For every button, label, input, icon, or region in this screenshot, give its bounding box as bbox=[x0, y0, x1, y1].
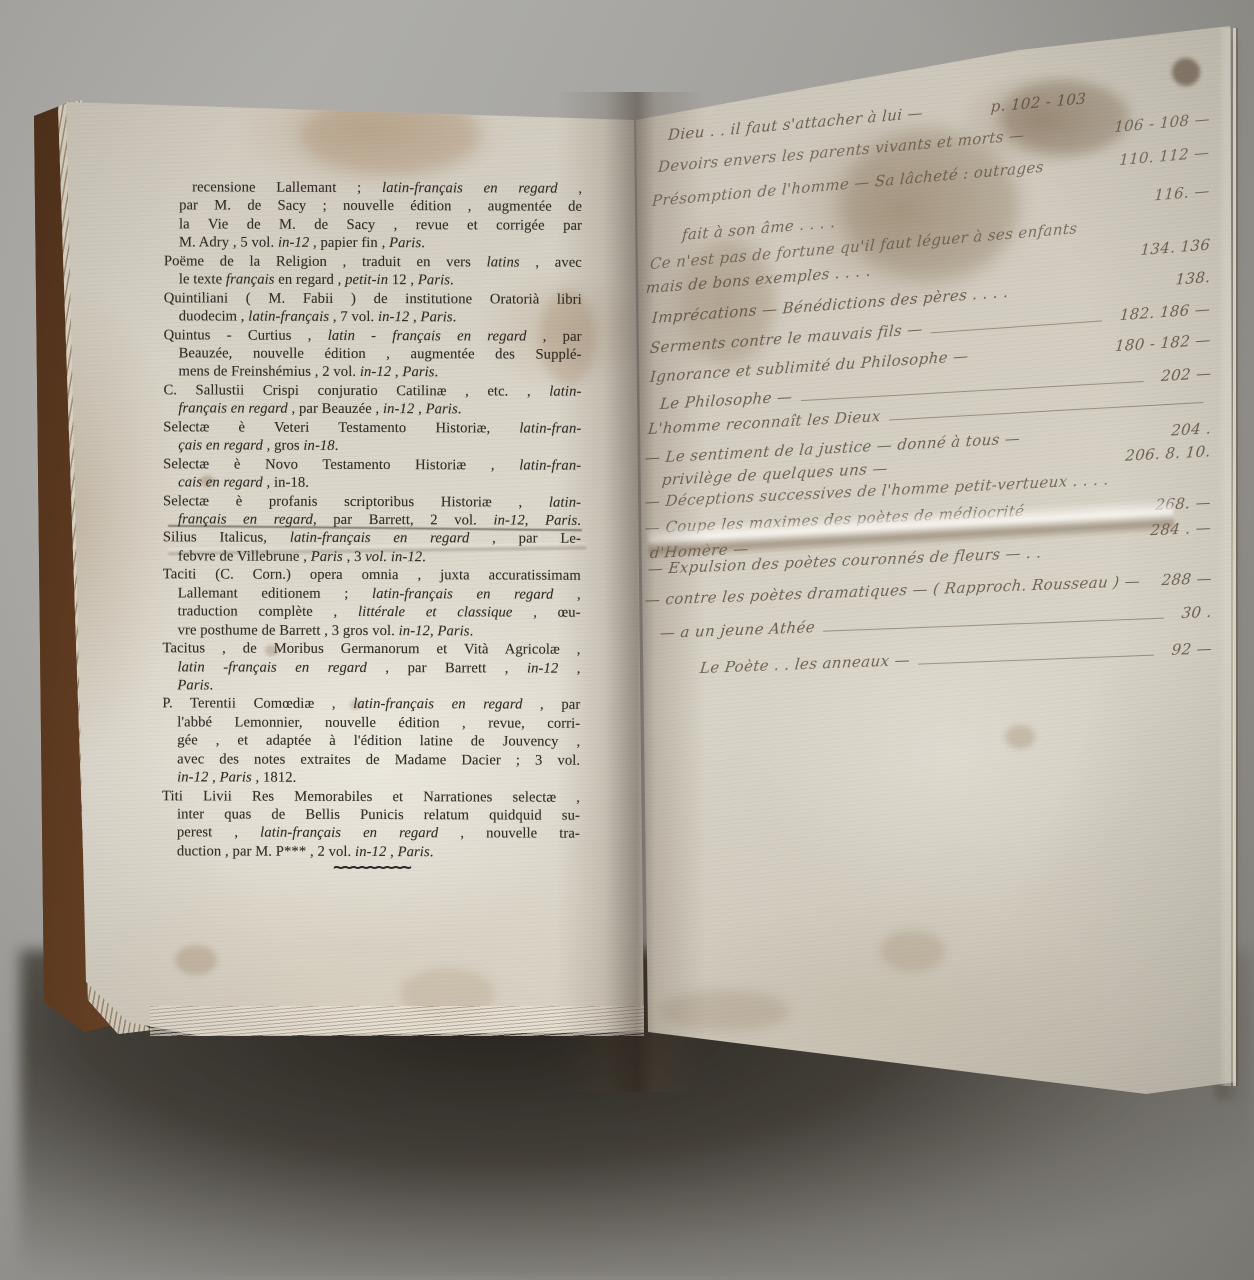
print-line: perest , latin-français en regard , nouv… bbox=[162, 824, 580, 844]
print-line: inter quas de Bellis Punicis relatum qui… bbox=[162, 805, 580, 825]
stain-spot bbox=[300, 95, 480, 175]
print-segment: , par Beauzée , bbox=[288, 401, 383, 417]
print-segment-italic: latin-français en regard bbox=[260, 825, 438, 842]
print-line: cais en regard , in-18. bbox=[163, 473, 581, 493]
print-line: Selectæ è Novo Testamento Historiæ , lat… bbox=[163, 455, 581, 475]
print-segment: . bbox=[453, 309, 457, 325]
print-line: Taciti (C. Corn.) opera omnia , juxta ac… bbox=[163, 566, 581, 586]
print-segment-italic: latin-français en regard bbox=[290, 530, 470, 547]
stain-spot bbox=[1005, 725, 1035, 749]
print-segment-italic: vol. in-12 bbox=[365, 549, 422, 565]
print-line: gée , et adaptée à l'édition latine de J… bbox=[162, 732, 580, 752]
print-segment: , gros bbox=[263, 438, 304, 454]
print-segment-italic: Paris bbox=[437, 623, 469, 639]
print-segment-italic: in-12 bbox=[383, 401, 414, 417]
print-segment-italic: in-18 bbox=[303, 438, 334, 454]
print-segment-italic: Paris bbox=[177, 677, 209, 693]
print-line: Poëme de la Religion , traduit en vers l… bbox=[164, 252, 582, 272]
print-segment: 12 , bbox=[388, 272, 418, 288]
print-line: P. Terentii Comœdiæ , latin-français en … bbox=[162, 695, 580, 715]
print-line: Quintiliani ( M. Fabii ) de institutione… bbox=[164, 289, 582, 309]
print-segment: C. Sallustii Crispi conjuratio Catilinæ … bbox=[163, 382, 549, 399]
print-segment: , 7 vol. bbox=[329, 309, 378, 325]
print-segment: . bbox=[210, 677, 214, 693]
print-segment: Beauzée, nouvelle édition , augmentée de… bbox=[179, 345, 582, 362]
print-segment: vre posthume de Barrett , 3 gros vol. bbox=[178, 622, 399, 639]
photo-scene: recensione Lallemant ; latin-français en… bbox=[0, 0, 1254, 1280]
print-segment-italic: latins bbox=[487, 254, 520, 270]
print-segment-italic: latin-français bbox=[248, 309, 329, 325]
print-segment: Selectæ è profanis scriptoribus Historiæ… bbox=[163, 493, 549, 510]
page-ref: p. 102 - 103 bbox=[981, 89, 1087, 116]
print-line: Titi Livii Res Memorabiles et Narratione… bbox=[162, 787, 580, 807]
handwritten-line: — a un jeune Athée30 . bbox=[660, 603, 1212, 642]
print-line: C. Sallustii Crispi conjuratio Catilinæ … bbox=[163, 381, 581, 401]
print-segment: , par Barrett , bbox=[367, 659, 527, 676]
print-segment: Quintiliani ( M. Fabii ) de institutione… bbox=[164, 290, 582, 307]
print-segment: inter quas de Bellis Punicis relatum qui… bbox=[177, 806, 580, 823]
print-segment: Quintus - Curtius , bbox=[164, 327, 328, 344]
print-segment: par M. de Sacy ; nouvelle édition , augm… bbox=[179, 198, 582, 215]
print-segment-italic: in-12 bbox=[360, 364, 391, 380]
print-segment: , papier fin , bbox=[309, 235, 389, 251]
print-segment: , bbox=[391, 364, 402, 380]
print-line: par M. de Sacy ; nouvelle édition , augm… bbox=[164, 197, 582, 217]
gutter-shadow bbox=[556, 92, 706, 1092]
printed-text-block: recensione Lallemant ; latin-français en… bbox=[162, 178, 582, 862]
print-segment-italic: in-12 bbox=[378, 309, 409, 325]
print-line: Tacitus , de Moribus Germanorum et Vità … bbox=[163, 639, 581, 659]
print-segment: . bbox=[458, 402, 462, 418]
print-segment-italic: çais en regard bbox=[178, 438, 263, 454]
print-segment: duodecim , bbox=[179, 308, 249, 324]
handwritten-rule-line bbox=[889, 402, 1204, 421]
print-segment: en regard , bbox=[275, 272, 346, 288]
handwritten-rule-line bbox=[931, 320, 1103, 333]
right-page-edge-stack bbox=[1196, 28, 1238, 1086]
page-ref: 106 - 108 — bbox=[1104, 110, 1211, 137]
print-line: Selectæ è profanis scriptoribus Historiæ… bbox=[163, 492, 581, 512]
print-segment-italic: Paris bbox=[421, 309, 453, 325]
print-segment: Selectæ è Novo Testamento Historiæ , bbox=[163, 456, 519, 473]
print-segment: Selectæ è Veteri Testamento Historiæ, bbox=[163, 419, 519, 436]
print-segment: perest , bbox=[177, 825, 260, 841]
print-segment-italic: Paris bbox=[220, 770, 252, 786]
print-segment: , in-18. bbox=[263, 475, 309, 491]
print-segment: le texte bbox=[179, 272, 226, 288]
print-segment-italic: petit-in bbox=[345, 272, 388, 288]
print-segment-italic: français en regard bbox=[178, 401, 287, 417]
print-segment-italic: in-12 bbox=[177, 769, 208, 785]
handwritten-line: — contre les poètes dramatiques — ( Rapp… bbox=[645, 569, 1212, 609]
print-segment-italic: in-12 bbox=[493, 512, 524, 528]
print-segment: , 1812. bbox=[252, 770, 297, 786]
print-line: traduction complète , littérale et class… bbox=[163, 602, 581, 622]
print-line: duodecim , latin-français , 7 vol. in-12… bbox=[164, 307, 582, 327]
print-segment: la Vie de M. de Sacy , revue et corrigée… bbox=[179, 216, 582, 233]
handwritten-text: Le Poète . . les anneaux — bbox=[699, 651, 911, 677]
print-segment: . bbox=[335, 438, 339, 454]
handwritten-line: Le Poète . . les anneaux —92 — bbox=[700, 639, 1212, 677]
print-line: mens de Freinshémius , 2 vol. in-12 , Pa… bbox=[163, 363, 581, 383]
print-segment: l'abbé Lemonnier, nouvelle édition , rev… bbox=[177, 714, 580, 731]
print-line: le texte français en regard , petit-in 1… bbox=[164, 270, 582, 290]
print-line: français en regard , par Beauzée , in-12… bbox=[163, 400, 581, 420]
print-segment-italic: in-12 bbox=[278, 235, 309, 251]
print-segment: . bbox=[450, 272, 454, 288]
print-line: latin -français en regard , par Barrett … bbox=[162, 658, 580, 678]
print-segment: mens de Freinshémius , 2 vol. bbox=[178, 364, 359, 381]
print-segment-italic: latin-français en regard bbox=[382, 180, 558, 197]
print-segment-italic: français en regard bbox=[178, 511, 313, 527]
print-segment: Lallemant editionem ; bbox=[178, 585, 372, 602]
print-line: la Vie de M. de Sacy , revue et corrigée… bbox=[164, 215, 582, 235]
print-segment: , bbox=[409, 309, 420, 325]
print-segment-italic: littérale et classique bbox=[358, 604, 513, 621]
print-segment: traduction complète , bbox=[178, 604, 358, 621]
print-line: in-12 , Paris , 1812. bbox=[162, 768, 580, 788]
print-segment: Titi Livii Res Memorabiles et Narratione… bbox=[162, 788, 580, 805]
print-segment-italic: latin-français en regard bbox=[372, 586, 553, 603]
print-segment-italic: Paris bbox=[402, 365, 434, 381]
print-segment: , par Barrett, 2 vol. bbox=[313, 512, 494, 529]
print-line: avec des notes extraites de Madame Dacie… bbox=[162, 750, 580, 770]
print-segment: , bbox=[430, 623, 438, 639]
handwritten-rule-line bbox=[823, 618, 1163, 632]
print-segment-italic: Paris bbox=[311, 549, 343, 565]
print-line: Quintus - Curtius , latin - français en … bbox=[164, 326, 582, 346]
print-line: Lallemant editionem ; latin-français en … bbox=[163, 584, 581, 604]
print-segment-italic: cais en regard bbox=[178, 474, 263, 490]
print-line: Silius Italicus, latin-français en regar… bbox=[163, 529, 581, 549]
print-segment: . bbox=[421, 235, 425, 251]
print-line: vre posthume de Barrett , 3 gros vol. in… bbox=[163, 621, 581, 641]
print-line: recensione Lallemant ; latin-français en… bbox=[164, 178, 582, 198]
stain-spot bbox=[880, 930, 945, 972]
print-line: Beauzée, nouvelle édition , augmentée de… bbox=[164, 344, 582, 364]
handwritten-rule-line bbox=[918, 655, 1153, 665]
print-segment-italic: Paris bbox=[418, 272, 450, 288]
print-segment: , bbox=[208, 770, 219, 786]
print-line: çais en regard , gros in-18. bbox=[163, 436, 581, 456]
print-segment-italic: Paris bbox=[426, 401, 458, 417]
print-segment: Silius Italicus, bbox=[163, 530, 290, 546]
print-segment: P. Terentii Comœdiæ , bbox=[162, 696, 353, 713]
print-segment-italic: latin -français en regard bbox=[177, 659, 367, 676]
print-segment-italic: latin-français en regard bbox=[353, 696, 522, 713]
print-segment: . bbox=[470, 623, 474, 639]
print-segment-italic: Paris bbox=[389, 235, 421, 251]
print-segment: , bbox=[414, 401, 425, 417]
stain-spot bbox=[175, 945, 217, 975]
print-segment: gée , et adaptée à l'édition latine de J… bbox=[177, 733, 580, 750]
handwritten-text: — contre les poètes dramatiques — ( Rapp… bbox=[644, 572, 1141, 609]
print-segment: M. Adry , 5 vol. bbox=[179, 235, 278, 251]
print-line: M. Adry , 5 vol. in-12 , papier fin , Pa… bbox=[164, 234, 582, 254]
squiggle-ornament: ~~~~~~~~~ bbox=[163, 856, 579, 878]
print-segment: Poëme de la Religion , traduit en vers bbox=[164, 253, 487, 270]
print-segment: , 3 bbox=[343, 549, 365, 565]
print-segment: avec des notes extraites de Madame Dacie… bbox=[177, 751, 580, 768]
print-line: Selectæ è Veteri Testamento Historiæ, la… bbox=[163, 418, 581, 438]
print-line: l'abbé Lemonnier, nouvelle édition , rev… bbox=[162, 713, 580, 733]
print-segment-italic: français bbox=[226, 272, 275, 288]
print-line: febvre de Villebrune , Paris , 3 vol. in… bbox=[163, 547, 581, 567]
print-line: français en regard, par Barrett, 2 vol. … bbox=[163, 510, 581, 530]
print-segment-italic: in-12 bbox=[399, 623, 430, 639]
print-segment: Tacitus , de Moribus Germanorum et Vità … bbox=[163, 640, 581, 657]
print-segment: , bbox=[525, 513, 545, 529]
print-segment-italic: latin - français en regard bbox=[328, 327, 527, 344]
print-segment-italic: in-12 bbox=[527, 660, 558, 676]
print-segment: recensione Lallemant ; bbox=[192, 179, 382, 196]
print-segment: febvre de Villebrune , bbox=[178, 548, 311, 564]
print-segment: Taciti (C. Corn.) opera omnia , juxta ac… bbox=[163, 567, 581, 584]
print-segment: . bbox=[422, 549, 426, 565]
print-segment: . bbox=[435, 365, 439, 381]
print-line: Paris. bbox=[162, 676, 580, 696]
